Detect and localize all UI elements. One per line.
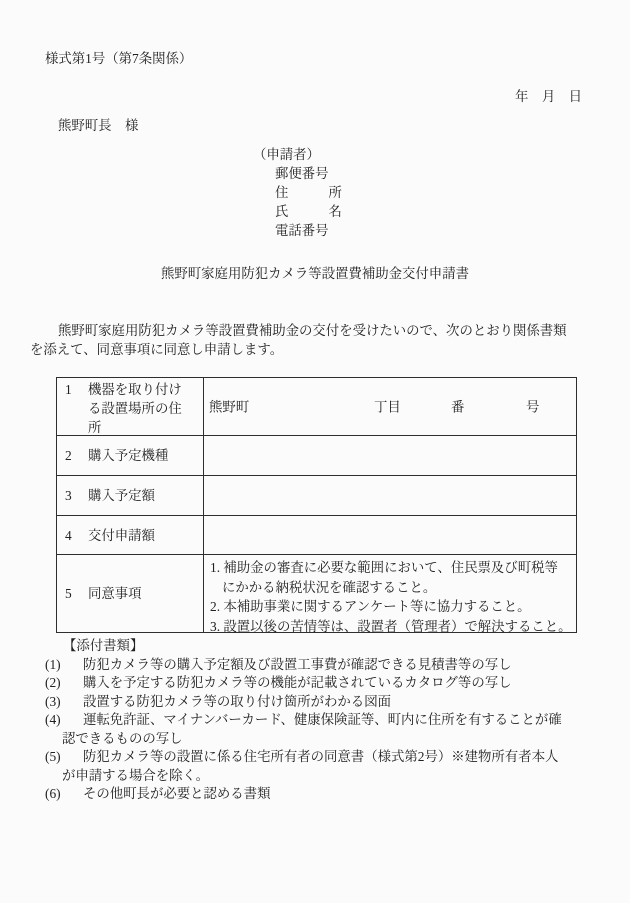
table-row-grant-amount: 4 交付申請額 bbox=[57, 515, 576, 554]
application-table: 1 機器を取り付け る設置場所の住 所 熊野町 丁目 番 号 2 購入予定機種 bbox=[56, 377, 577, 633]
postal-code-label: 郵便番号 bbox=[275, 164, 342, 183]
row4-number: 4 bbox=[65, 526, 88, 545]
attachment-item-6: (6) その他町長が必要と認める書類 bbox=[45, 785, 595, 804]
attachment-6-number: (6) bbox=[45, 785, 83, 804]
attachment-item-1: (1) 防犯カメラ等の購入予定額及び設置工事費が確認できる見積書等の写し bbox=[45, 656, 595, 675]
attachment-5-number: (5) bbox=[45, 748, 83, 767]
attachment-2-text: 購入を予定する防犯カメラ等の機能が記載されているカタログ等の写し bbox=[83, 674, 512, 693]
row4-label: 交付申請額 bbox=[88, 526, 155, 545]
agreement-item1-line2: にかかる納税状況を確認すること。 bbox=[222, 578, 572, 598]
row5-label: 同意事項 bbox=[88, 584, 142, 603]
row3-label: 購入予定額 bbox=[88, 486, 155, 505]
form-number: 様式第1号（第7条関係） bbox=[45, 49, 192, 68]
applicant-block: （申請者） 郵便番号 住 所 氏 名 電話番号 bbox=[253, 145, 342, 240]
row5-label-cell: 5 同意事項 bbox=[57, 555, 204, 632]
address-town-text: 熊野町 bbox=[209, 397, 249, 416]
row1-label-cell: 1 機器を取り付け る設置場所の住 所 bbox=[57, 378, 204, 435]
row5-value-cell: 1. 補助金の審査に必要な範囲において、住民票及び町税等 にかかる納税状況を確認… bbox=[204, 555, 576, 632]
attachments-section: 【添付書類】 (1) 防犯カメラ等の購入予定額及び設置工事費が確認できる見積書等… bbox=[45, 637, 595, 804]
attachment-1-text: 防犯カメラ等の購入予定額及び設置工事費が確認できる見積書等の写し bbox=[83, 656, 512, 675]
attachment-2-number: (2) bbox=[45, 674, 83, 693]
phone-label: 電話番号 bbox=[275, 221, 342, 240]
address-label: 住 所 bbox=[275, 183, 342, 202]
attachment-5-text: 防犯カメラ等の設置に係る住宅所有者の同意書（様式第2号）※建物所有者本人 bbox=[83, 748, 558, 767]
row4-value-cell bbox=[204, 516, 576, 554]
address-chome-label: 丁目 bbox=[374, 397, 401, 416]
applicant-fields: 郵便番号 住 所 氏 名 電話番号 bbox=[275, 164, 342, 240]
document-title: 熊野町家庭用防犯カメラ等設置費補助金交付申請書 bbox=[0, 264, 630, 283]
table-row-agreement-items: 5 同意事項 1. 補助金の審査に必要な範囲において、住民票及び町税等 にかかる… bbox=[57, 554, 576, 632]
attachment-5-continuation: が申請する場合を除く。 bbox=[62, 767, 595, 786]
row2-value-cell bbox=[204, 436, 576, 475]
applicant-heading: （申請者） bbox=[253, 145, 342, 164]
row1-label-line2: る設置場所の住 bbox=[88, 399, 203, 418]
address-go-label: 号 bbox=[526, 397, 539, 416]
attachments-heading: 【添付書類】 bbox=[63, 637, 595, 656]
attachment-4-text: 運転免許証、マイナンバーカード、健康保険証等、町内に住所を有することが確 bbox=[83, 711, 562, 730]
date-line: 年 月 日 bbox=[515, 87, 582, 106]
row5-number: 5 bbox=[65, 584, 88, 603]
agreement-item3: 3. 設置以後の苦情等は、設置者（管理者）で解決すること。 bbox=[210, 617, 572, 637]
row3-value-cell bbox=[204, 476, 576, 515]
addressee-line: 熊野町長 様 bbox=[58, 116, 138, 135]
attachment-3-text: 設置する防犯カメラ等の取り付け箇所がわかる図面 bbox=[83, 693, 391, 712]
attachment-item-2: (2) 購入を予定する防犯カメラ等の機能が記載されているカタログ等の写し bbox=[45, 674, 595, 693]
address-ban-label: 番 bbox=[451, 397, 464, 416]
attachment-4-number: (4) bbox=[45, 711, 83, 730]
row4-label-cell: 4 交付申請額 bbox=[57, 516, 204, 554]
table-row-planned-model: 2 購入予定機種 bbox=[57, 435, 576, 475]
row1-number: 1 bbox=[65, 380, 88, 399]
row2-label: 購入予定機種 bbox=[88, 446, 168, 465]
name-label: 氏 名 bbox=[275, 202, 342, 221]
table-row-installation-address: 1 機器を取り付け る設置場所の住 所 熊野町 丁目 番 号 bbox=[57, 378, 576, 435]
agreement-item1-line1: 1. 補助金の審査に必要な範囲において、住民票及び町税等 bbox=[210, 558, 572, 578]
intro-line-2: を添えて、同意事項に同意し申請します。 bbox=[30, 340, 600, 359]
row1-value-cell: 熊野町 丁目 番 号 bbox=[204, 378, 576, 435]
attachment-1-number: (1) bbox=[45, 656, 83, 675]
attachment-4-continuation: 認できるものの写し bbox=[62, 730, 595, 749]
attachment-item-4: (4) 運転免許証、マイナンバーカード、健康保険証等、町内に住所を有することが確 bbox=[45, 711, 595, 730]
attachment-6-text: その他町長が必要と認める書類 bbox=[83, 785, 270, 804]
agreement-item2: 2. 本補助事業に関するアンケート等に協力すること。 bbox=[210, 597, 572, 617]
row2-label-cell: 2 購入予定機種 bbox=[57, 436, 204, 475]
row3-label-cell: 3 購入予定額 bbox=[57, 476, 204, 515]
row1-label-line3: 所 bbox=[88, 418, 203, 437]
row3-number: 3 bbox=[65, 486, 88, 505]
row2-number: 2 bbox=[65, 446, 88, 465]
attachment-item-3: (3) 設置する防犯カメラ等の取り付け箇所がわかる図面 bbox=[45, 693, 595, 712]
attachment-3-number: (3) bbox=[45, 693, 83, 712]
document-page: 様式第1号（第7条関係） 年 月 日 熊野町長 様 （申請者） 郵便番号 住 所… bbox=[0, 0, 630, 903]
intro-paragraph: 熊野町家庭用防犯カメラ等設置費補助金の交付を受けたいので、次のとおり関係書類 を… bbox=[30, 321, 600, 359]
intro-line-1: 熊野町家庭用防犯カメラ等設置費補助金の交付を受けたいので、次のとおり関係書類 bbox=[30, 321, 600, 340]
row1-label-line1: 機器を取り付け bbox=[88, 380, 182, 399]
table-row-planned-price: 3 購入予定額 bbox=[57, 475, 576, 515]
attachment-item-5: (5) 防犯カメラ等の設置に係る住宅所有者の同意書（様式第2号）※建物所有者本人 bbox=[45, 748, 595, 767]
